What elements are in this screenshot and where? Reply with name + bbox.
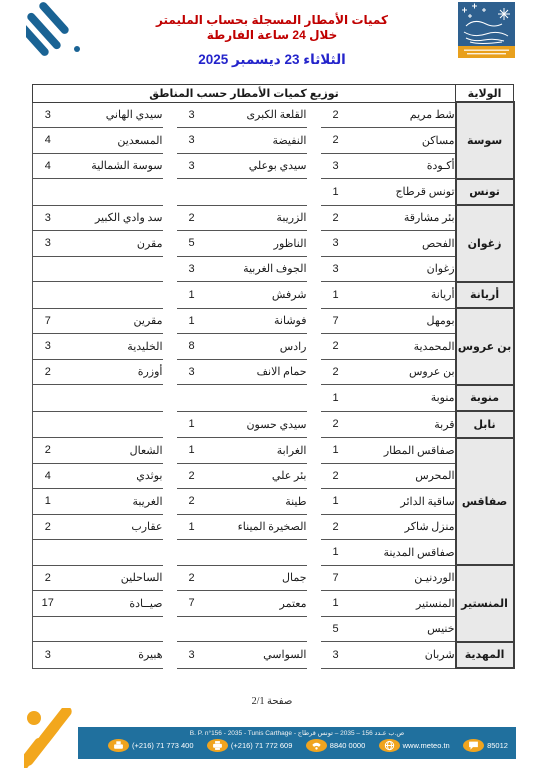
governorate-header: الولاية (456, 85, 514, 103)
station-cell: أريانة (351, 282, 456, 309)
rainfall-value-cell: 1 (321, 438, 351, 464)
station-cell: شط مريم (351, 102, 456, 128)
rainfall-value-cell: 3 (177, 642, 207, 669)
footer-contact-label: (+216) 71 772 609 (231, 741, 293, 750)
rainfall-value-cell: 3 (33, 642, 63, 669)
column-spacer (163, 642, 177, 669)
globe-icon (379, 739, 400, 752)
station-cell: معتمر (207, 591, 307, 617)
station-cell: شرفش (207, 282, 307, 309)
column-spacer (307, 231, 321, 257)
table-row: 3هبيرة3السواسي3شربانالمهدية (33, 642, 514, 669)
rainfall-value-cell: 5 (177, 231, 207, 257)
rainfall-value-cell: 2 (321, 205, 351, 231)
rainfall-value-cell: 7 (321, 565, 351, 591)
station-cell: سيدي بوعلي (207, 153, 307, 179)
rainfall-value-cell: 3 (177, 153, 207, 179)
column-spacer (307, 102, 321, 128)
table-row: 1تونس قرطاجتونس (33, 179, 514, 206)
table-header-row: توزيع كميات الأمطار حسب المناطق الولاية (33, 85, 514, 103)
governorate-cell: منوبة (456, 385, 514, 412)
sms-icon (463, 739, 484, 752)
rainfall-value-cell: 2 (177, 205, 207, 231)
station-cell (63, 616, 163, 642)
rainfall-value-cell: 2 (177, 565, 207, 591)
fax-icon (108, 739, 129, 752)
station-cell: صفاقس المدينة (351, 540, 456, 566)
column-spacer (163, 463, 177, 489)
report-page: كميات الأمطار المسجلة بحساب المليمتر خلا… (0, 0, 544, 770)
column-spacer (307, 514, 321, 540)
station-cell: الجوف الغربية (207, 256, 307, 282)
station-cell (63, 540, 163, 566)
station-cell: المسعدين (63, 128, 163, 154)
column-spacer (307, 489, 321, 515)
station-cell: مقرن (63, 231, 163, 257)
footer-address: ص.ب عـدد 156 – 2035 – تونس قرطاج - B. P.… (78, 727, 516, 737)
station-cell: بومهل (351, 308, 456, 334)
station-cell (207, 540, 307, 566)
rainfall-value-cell: 2 (33, 438, 63, 464)
column-spacer (307, 256, 321, 282)
station-cell: المحمدية (351, 334, 456, 360)
table-row: 2أوزرة3حمام الانف2بن عروس (33, 359, 514, 385)
column-spacer (163, 540, 177, 566)
governorate-cell: زغوان (456, 205, 514, 282)
column-spacer (163, 282, 177, 309)
station-cell: رادس (207, 334, 307, 360)
station-cell: منوبة (351, 385, 456, 412)
station-cell (63, 256, 163, 282)
rainfall-value-cell: 2 (33, 514, 63, 540)
station-cell: هبيرة (63, 642, 163, 669)
station-cell: سيدي الهاني (63, 102, 163, 128)
table-row: 1الغريبة2طينة1ساقية الدائر (33, 489, 514, 515)
table-row: 1صفاقس المدينة (33, 540, 514, 566)
table-row: 17صيــادة7معتمر1المنستير (33, 591, 514, 617)
station-cell: مقرين (63, 308, 163, 334)
station-cell: بن عروس (351, 359, 456, 385)
rainfall-value-cell: 4 (33, 128, 63, 154)
rainfall-value-cell: 7 (33, 308, 63, 334)
rainfall-value-cell: 1 (33, 489, 63, 515)
column-spacer (307, 540, 321, 566)
rainfall-value-cell: 2 (177, 489, 207, 515)
governorate-cell: تونس (456, 179, 514, 206)
table-row: 7مقرين1فوشانة7بومهلبن عروس (33, 308, 514, 334)
column-spacer (163, 438, 177, 464)
station-cell: حمام الانف (207, 359, 307, 385)
rainfall-value-cell: 3 (33, 205, 63, 231)
phone-icon (306, 739, 327, 752)
table-row: 1سيدي حسون2قربةنابل (33, 411, 514, 438)
column-spacer (163, 231, 177, 257)
rainfall-value-cell: 2 (321, 334, 351, 360)
rainfall-value-cell (177, 179, 207, 206)
station-cell (207, 179, 307, 206)
governorate-cell: سوسة (456, 102, 514, 179)
column-spacer (307, 591, 321, 617)
footer-bar: ص.ب عـدد 156 – 2035 – تونس قرطاج - B. P.… (78, 727, 516, 759)
rainfall-value-cell: 1 (321, 282, 351, 309)
station-cell: القلعة الكبرى (207, 102, 307, 128)
station-cell: شربان (351, 642, 456, 669)
governorate-cell: صفاقس (456, 438, 514, 566)
column-spacer (163, 153, 177, 179)
governorate-cell: نابل (456, 411, 514, 438)
footer-contact-item: (+216) 71 772 609 (207, 739, 293, 752)
footer-contacts: (+216) 71 773 400(+216) 71 772 6098840 0… (78, 737, 516, 752)
station-cell: مساكن (351, 128, 456, 154)
report-date: الثلاثاء 23 ديسمبر 2025 (0, 52, 544, 68)
table-row: 5خنيس (33, 616, 514, 642)
station-cell (63, 179, 163, 206)
rainfall-value-cell: 1 (177, 411, 207, 438)
rainfall-value-cell: 3 (321, 256, 351, 282)
table-main-header: توزيع كميات الأمطار حسب المناطق (33, 85, 456, 103)
station-cell: المنستير (351, 591, 456, 617)
rainfall-value-cell: 2 (177, 463, 207, 489)
column-spacer (307, 463, 321, 489)
column-spacer (163, 179, 177, 206)
footer-contact-label: (+216) 71 773 400 (132, 741, 194, 750)
column-spacer (163, 128, 177, 154)
footer-contact-label: 8840 0000 (330, 741, 365, 750)
station-cell: سوسة الشمالية (63, 153, 163, 179)
station-cell: فوشانة (207, 308, 307, 334)
table-row: 3مقرن5الناظور3الفحص (33, 231, 514, 257)
station-cell: صفاقس المطار (351, 438, 456, 464)
column-spacer (307, 334, 321, 360)
report-title-line2: خلال 24 ساعة الفارطة (0, 28, 544, 43)
footer-stripes-logo (24, 708, 108, 768)
column-spacer (163, 205, 177, 231)
column-spacer (163, 385, 177, 412)
rainfall-value-cell (33, 179, 63, 206)
station-cell (63, 411, 163, 438)
station-cell: الصخيرة الميناء (207, 514, 307, 540)
station-cell: أوزرة (63, 359, 163, 385)
footer-contact-item: 85012 (463, 739, 508, 752)
rainfall-table: توزيع كميات الأمطار حسب المناطق الولاية … (32, 84, 515, 669)
rainfall-value-cell (33, 616, 63, 642)
governorate-cell: أريانة (456, 282, 514, 309)
station-cell: سد وادي الكبير (63, 205, 163, 231)
column-spacer (307, 385, 321, 412)
rainfall-value-cell: 3 (321, 153, 351, 179)
column-spacer (163, 616, 177, 642)
footer-contact-item: www.meteo.tn (379, 739, 450, 752)
rainfall-value-cell: 1 (321, 179, 351, 206)
column-spacer (163, 102, 177, 128)
column-spacer (307, 359, 321, 385)
table-row: 3سد وادي الكبير2الزريبة2بئر مشارقةزغوان (33, 205, 514, 231)
column-spacer (307, 642, 321, 669)
station-cell: صيــادة (63, 591, 163, 617)
station-cell: الفحص (351, 231, 456, 257)
column-spacer (163, 256, 177, 282)
rainfall-value-cell (177, 616, 207, 642)
rainfall-value-cell: 5 (321, 616, 351, 642)
station-cell (63, 385, 163, 412)
rainfall-value-cell: 2 (33, 359, 63, 385)
station-cell: منزل شاكر (351, 514, 456, 540)
rainfall-value-cell: 1 (177, 282, 207, 309)
station-cell: بئر علي (207, 463, 307, 489)
table-row: 4بوثدي2بئر علي2المحرس (33, 463, 514, 489)
report-title-line1: كميات الأمطار المسجلة بحساب المليمتر (0, 13, 544, 28)
station-cell (63, 282, 163, 309)
footer-contact-label: 85012 (487, 741, 508, 750)
column-spacer (163, 489, 177, 515)
station-cell (207, 616, 307, 642)
column-spacer (307, 308, 321, 334)
rainfall-value-cell: 1 (321, 591, 351, 617)
governorate-cell: بن عروس (456, 308, 514, 385)
rainfall-value-cell: 2 (321, 359, 351, 385)
governorate-cell: المهدية (456, 642, 514, 669)
rainfall-value-cell: 3 (177, 102, 207, 128)
station-cell: خنيس (351, 616, 456, 642)
rainfall-value-cell (33, 385, 63, 412)
station-cell: ساقية الدائر (351, 489, 456, 515)
rainfall-value-cell: 3 (33, 334, 63, 360)
rainfall-value-cell (33, 540, 63, 566)
station-cell: السواسي (207, 642, 307, 669)
column-spacer (163, 359, 177, 385)
station-cell: سيدي حسون (207, 411, 307, 438)
rainfall-value-cell: 2 (321, 102, 351, 128)
column-spacer (307, 438, 321, 464)
station-cell: الناظور (207, 231, 307, 257)
table-row: 1منوبةمنوبة (33, 385, 514, 412)
station-cell: الزريبة (207, 205, 307, 231)
rainfall-value-cell: 1 (321, 385, 351, 412)
rainfall-value-cell: 17 (33, 591, 63, 617)
column-spacer (307, 616, 321, 642)
report-title: كميات الأمطار المسجلة بحساب المليمتر خلا… (0, 13, 544, 43)
station-cell: النفيضة (207, 128, 307, 154)
rainfall-value-cell: 4 (33, 463, 63, 489)
rainfall-value-cell: 2 (33, 565, 63, 591)
rainfall-value-cell: 7 (321, 308, 351, 334)
column-spacer (307, 282, 321, 309)
column-spacer (307, 411, 321, 438)
rainfall-value-cell: 2 (321, 128, 351, 154)
column-spacer (163, 308, 177, 334)
column-spacer (307, 565, 321, 591)
printer-icon (207, 739, 228, 752)
rainfall-value-cell (177, 540, 207, 566)
rainfall-value-cell: 3 (177, 128, 207, 154)
station-cell: الشعال (63, 438, 163, 464)
rainfall-value-cell: 8 (177, 334, 207, 360)
rainfall-value-cell (177, 385, 207, 412)
column-spacer (163, 411, 177, 438)
station-cell: عقارب (63, 514, 163, 540)
station-cell: طينة (207, 489, 307, 515)
station-cell: الخليدية (63, 334, 163, 360)
table-row: 2الساحلين2جمال7الوردنيـنالمنستير (33, 565, 514, 591)
table-row: 2عقارب1الصخيرة الميناء2منزل شاكر (33, 514, 514, 540)
rainfall-value-cell (33, 256, 63, 282)
rainfall-value-cell: 2 (321, 463, 351, 489)
table-row: 1شرفش1أريانةأريانة (33, 282, 514, 309)
station-cell: المحرس (351, 463, 456, 489)
rainfall-value-cell: 1 (177, 308, 207, 334)
rainfall-value-cell: 3 (321, 642, 351, 669)
table-row: 4المسعدين3النفيضة2مساكن (33, 128, 514, 154)
rainfall-value-cell: 2 (321, 514, 351, 540)
footer-contact-item: 8840 0000 (306, 739, 365, 752)
column-spacer (307, 153, 321, 179)
rainfall-table-body: 3سيدي الهاني3القلعة الكبرى2شط مريمسوسة4ا… (33, 102, 514, 668)
column-spacer (163, 565, 177, 591)
rainfall-value-cell: 4 (33, 153, 63, 179)
rainfall-value-cell (33, 411, 63, 438)
station-cell (207, 385, 307, 412)
station-cell: الساحلين (63, 565, 163, 591)
column-spacer (307, 179, 321, 206)
station-cell: بوثدي (63, 463, 163, 489)
column-spacer (163, 334, 177, 360)
governorate-cell: المنستير (456, 565, 514, 642)
rainfall-value-cell: 3 (177, 256, 207, 282)
rainfall-value-cell: 3 (321, 231, 351, 257)
rainfall-value-cell: 1 (321, 489, 351, 515)
rainfall-value-cell: 2 (321, 411, 351, 438)
rainfall-value-cell: 1 (177, 514, 207, 540)
column-spacer (163, 591, 177, 617)
station-cell: تونس قرطاج (351, 179, 456, 206)
station-cell: بئر مشارقة (351, 205, 456, 231)
rainfall-table-wrap: توزيع كميات الأمطار حسب المناطق الولاية … (32, 84, 515, 669)
rainfall-value-cell: 1 (321, 540, 351, 566)
table-row: 3سيدي الهاني3القلعة الكبرى2شط مريمسوسة (33, 102, 514, 128)
rainfall-value-cell: 3 (33, 102, 63, 128)
station-cell: الغريبة (63, 489, 163, 515)
table-row: 2الشعال1الغرابة1صفاقس المطارصفاقس (33, 438, 514, 464)
rainfall-value-cell: 7 (177, 591, 207, 617)
column-spacer (163, 514, 177, 540)
station-cell: أكـودة (351, 153, 456, 179)
column-spacer (307, 128, 321, 154)
rainfall-value-cell (33, 282, 63, 309)
station-cell: جمال (207, 565, 307, 591)
table-row: 3الخليدية8رادس2المحمدية (33, 334, 514, 360)
rainfall-value-cell: 1 (177, 438, 207, 464)
station-cell: الوردنيـن (351, 565, 456, 591)
column-spacer (307, 205, 321, 231)
rainfall-value-cell: 3 (33, 231, 63, 257)
table-row: 4سوسة الشمالية3سيدي بوعلي3أكـودة (33, 153, 514, 179)
table-row: 3الجوف الغربية3زغوان (33, 256, 514, 282)
page-number: صفحة 2/1 (0, 696, 544, 707)
station-cell: زغوان (351, 256, 456, 282)
footer-contact-label: www.meteo.tn (403, 741, 450, 750)
station-cell: قربة (351, 411, 456, 438)
footer-contact-item: (+216) 71 773 400 (108, 739, 194, 752)
station-cell: الغرابة (207, 438, 307, 464)
rainfall-value-cell: 3 (177, 359, 207, 385)
